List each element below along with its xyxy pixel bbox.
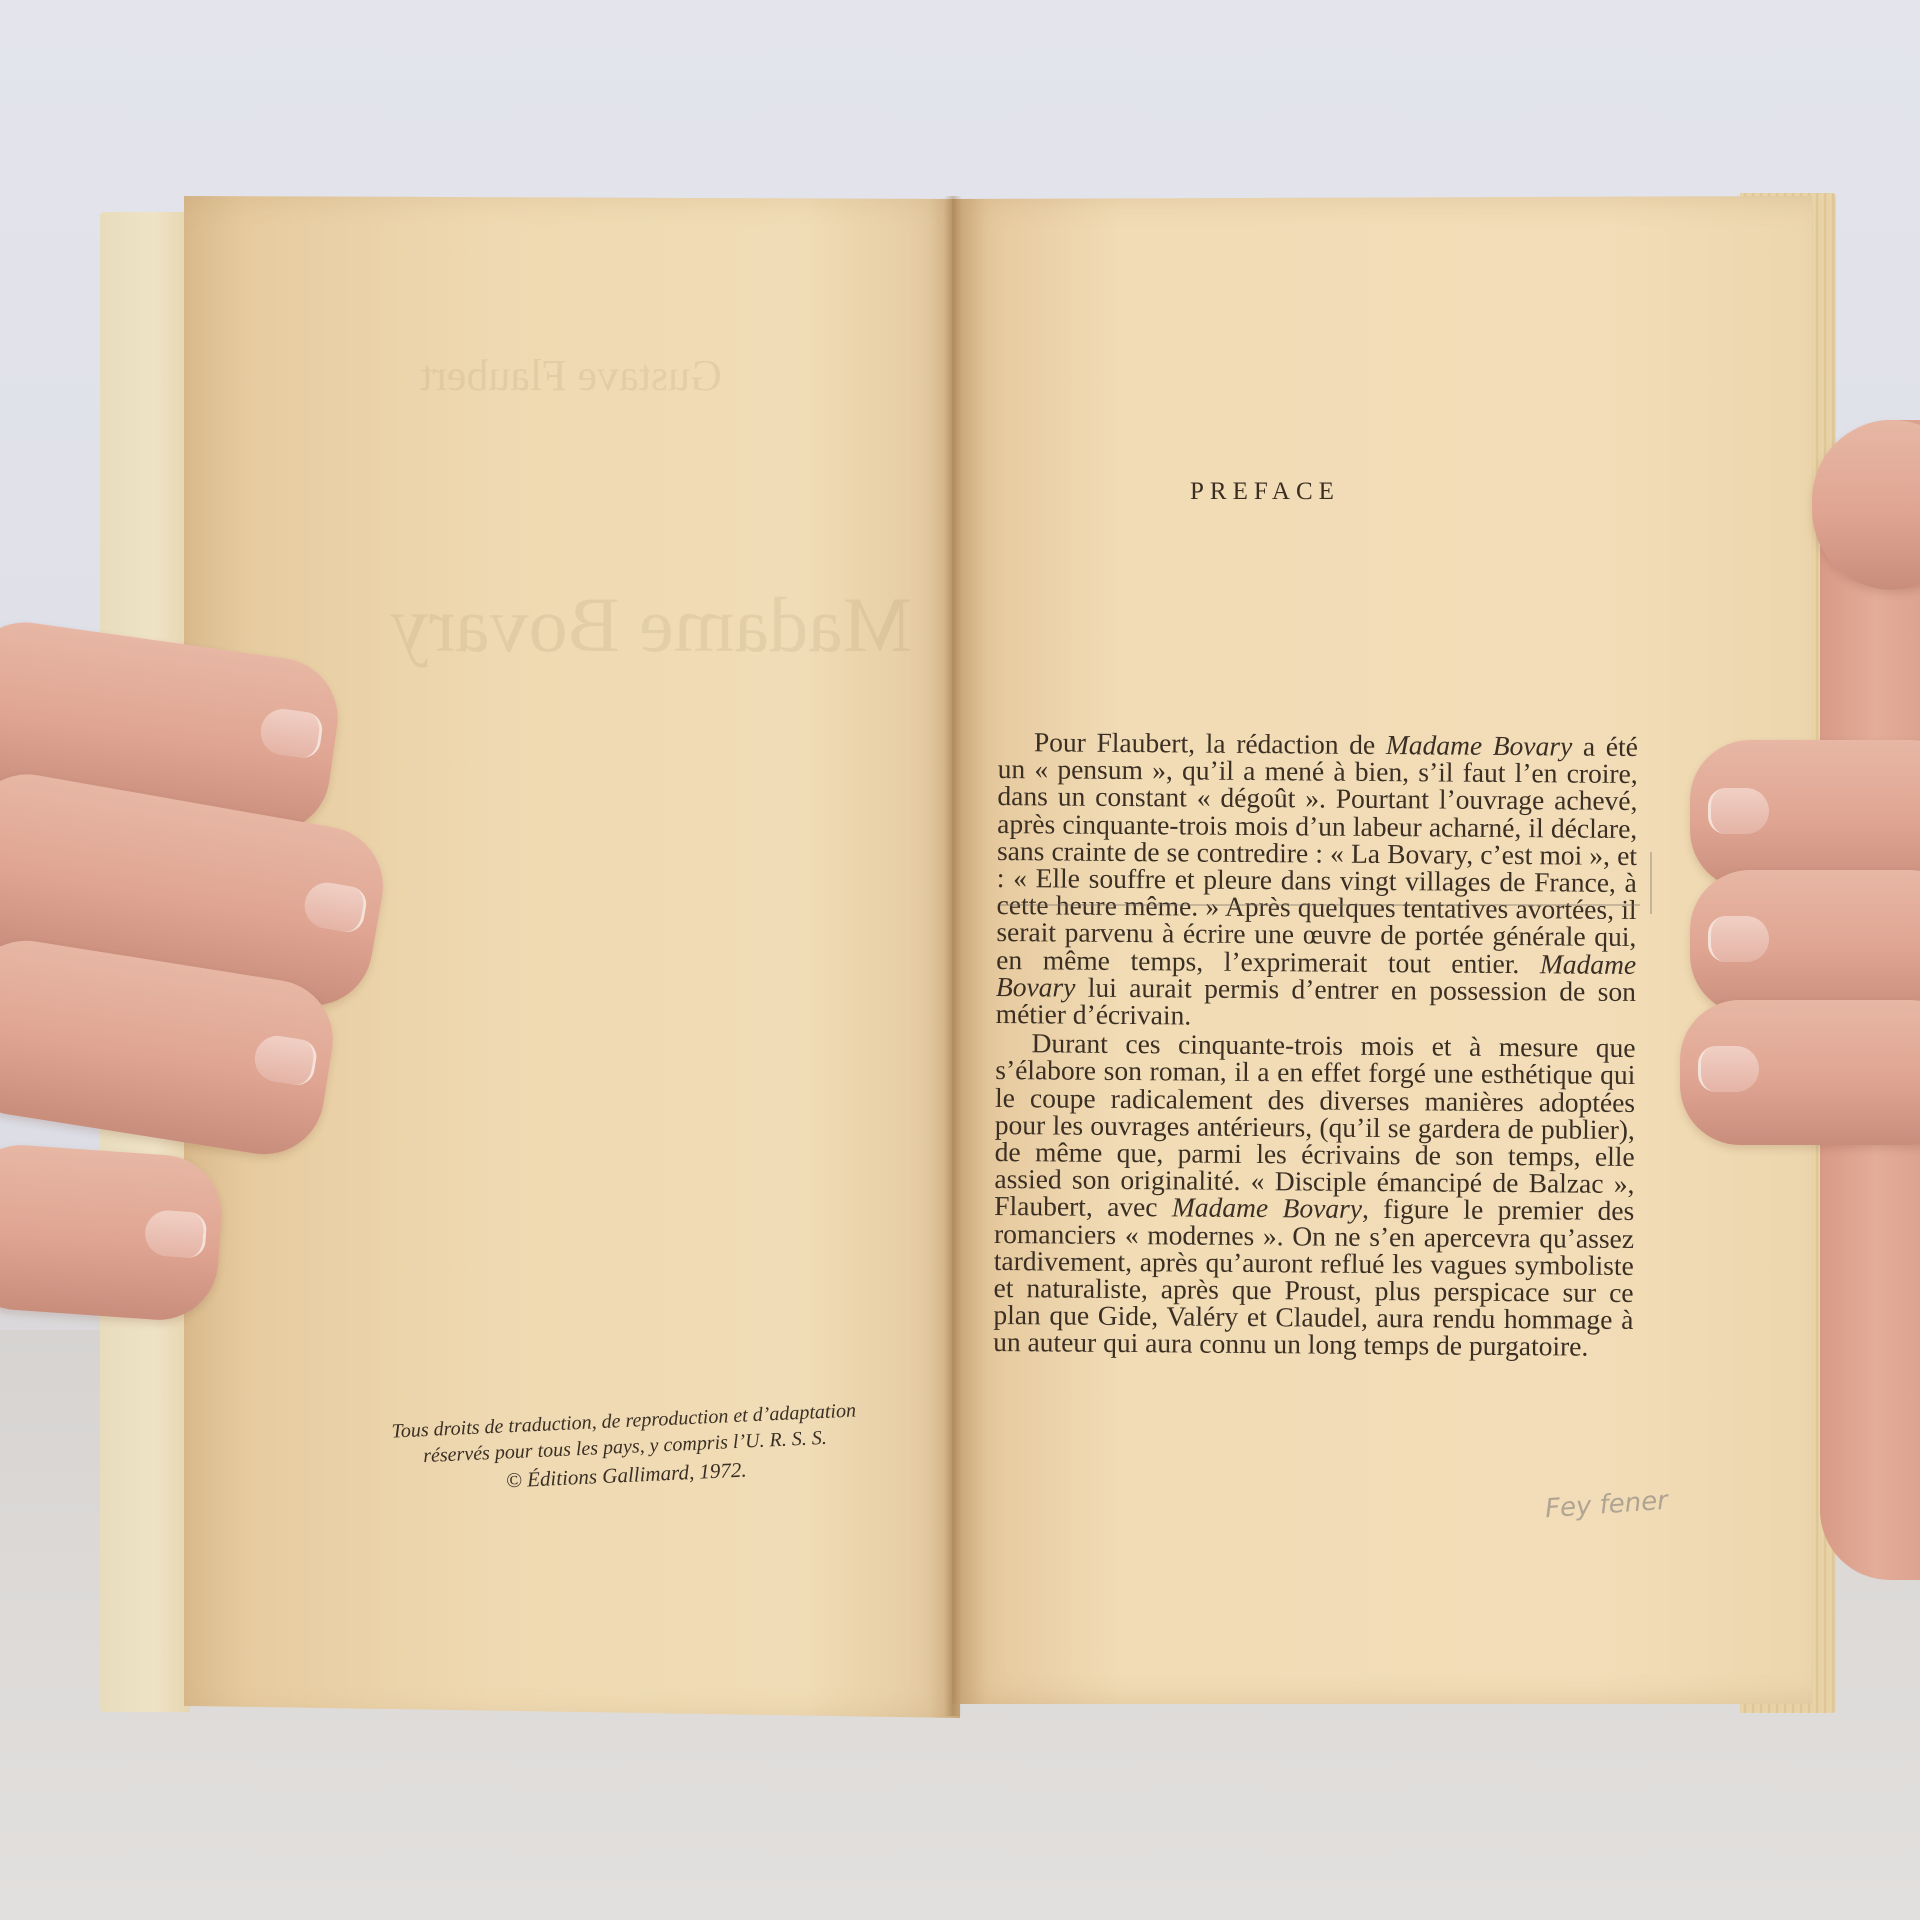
right-hand-finger-2 bbox=[1690, 870, 1920, 1015]
bleed-through-author: Gustave Flaubert bbox=[420, 350, 722, 401]
fingernail bbox=[144, 1209, 208, 1259]
left-hand-finger-4 bbox=[0, 1141, 225, 1324]
right-hand-finger-3 bbox=[1680, 1000, 1920, 1145]
fingernail bbox=[1708, 916, 1769, 962]
book-gutter bbox=[944, 196, 962, 1716]
preface-body: Pour Flaubert, la rédaction de Madame Bo… bbox=[993, 728, 1638, 1361]
page-title: PREFACE bbox=[1190, 478, 1340, 506]
fingernail bbox=[1708, 788, 1769, 834]
fingernail bbox=[258, 706, 325, 760]
paragraph-2: Durant ces cinquante-trois mois et à mes… bbox=[993, 1029, 1636, 1360]
pencil-underline bbox=[1000, 904, 1640, 906]
fingernail bbox=[1698, 1046, 1759, 1092]
fingernail bbox=[301, 879, 369, 935]
paragraph-1: Pour Flaubert, la rédaction de Madame Bo… bbox=[996, 728, 1638, 1032]
fingernail bbox=[252, 1033, 319, 1088]
bleed-through-title: Madame Bovary bbox=[390, 580, 912, 670]
pencil-margin-mark bbox=[1650, 852, 1652, 914]
right-hand-finger-1 bbox=[1690, 740, 1920, 890]
